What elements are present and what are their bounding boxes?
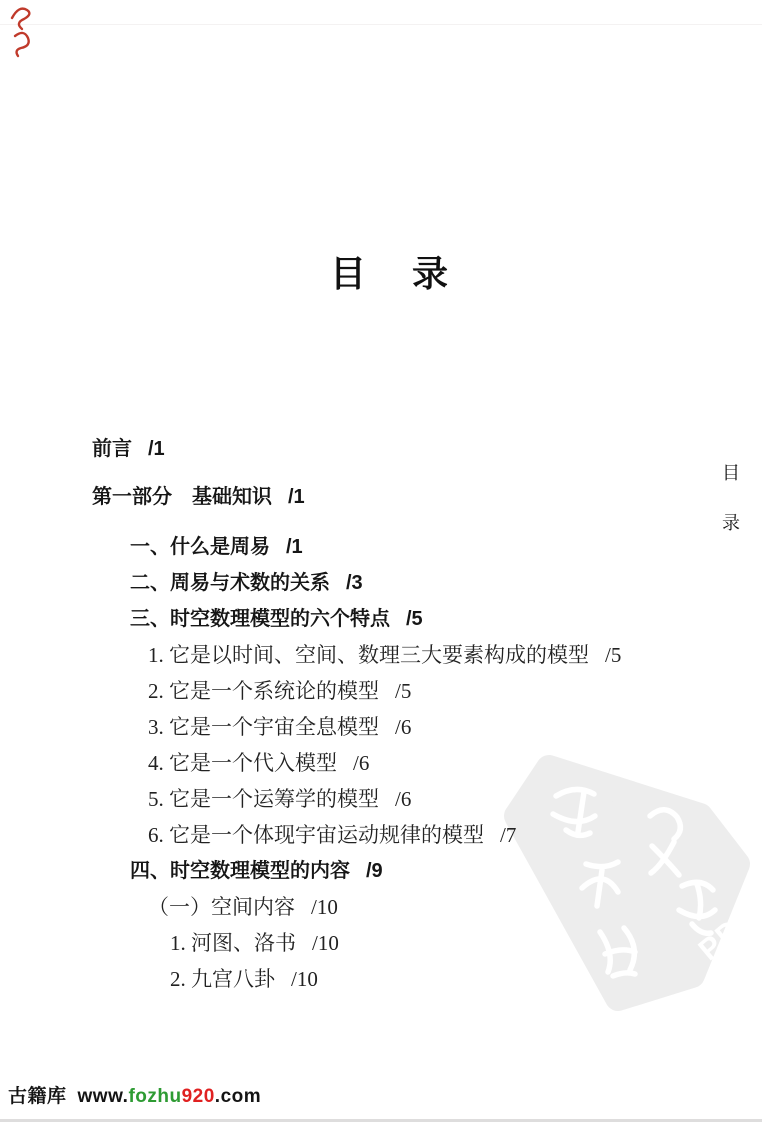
toc-entry: 1. 河图、洛书/10 xyxy=(92,932,692,954)
toc-entry-text: 3. 它是一个宇宙全息模型 xyxy=(148,716,379,738)
toc-entry: 四、时空数理模型的内容/9 xyxy=(92,860,692,882)
toc-entry-text: 2. 它是一个系统论的模型 xyxy=(148,680,379,702)
footer-watermark: 古籍库 www. fozhu 920 .com xyxy=(8,1086,261,1108)
toc-entry-page: /10 xyxy=(311,896,338,918)
toc-entry: 一、什么是周易/1 xyxy=(92,536,692,558)
toc-entry-page: /5 xyxy=(406,608,423,630)
toc-entry-text: 一、什么是周易 xyxy=(130,536,270,558)
toc-entry: 二、周易与术数的关系/3 xyxy=(92,572,692,594)
red-pen-marks-icon xyxy=(4,2,44,58)
toc-entry: 4. 它是一个代入模型/6 xyxy=(92,752,692,774)
toc-entry: 前言/1 xyxy=(92,438,692,460)
footer-url-domain: fozhu xyxy=(128,1086,181,1108)
footer-url-tld: .com xyxy=(215,1086,261,1108)
toc-entry: 1. 它是以时间、空间、数理三大要素构成的模型/5 xyxy=(92,644,692,666)
toc-entry-page: /1 xyxy=(286,536,303,558)
toc-entry-page: /6 xyxy=(353,752,369,774)
toc-entry: 2. 它是一个系统论的模型/5 xyxy=(92,680,692,702)
footer-site-name: 古籍库 xyxy=(8,1086,67,1108)
toc-entry-text: 二、周易与术数的关系 xyxy=(130,572,330,594)
toc-entry-page: /6 xyxy=(395,716,411,738)
footer-url-www: www. xyxy=(78,1086,129,1108)
toc-entry-text: 5. 它是一个运筹学的模型 xyxy=(148,788,379,810)
toc-entry: 6. 它是一个体现宇宙运动规律的模型/7 xyxy=(92,824,692,846)
toc-entry-text: 1. 它是以时间、空间、数理三大要素构成的模型 xyxy=(148,644,589,666)
page-title: 目 录 xyxy=(8,256,762,292)
pen-mark-stroke xyxy=(15,33,29,56)
scan-artifact-top-line xyxy=(0,24,762,25)
toc-entry: 5. 它是一个运筹学的模型/6 xyxy=(92,788,692,810)
toc-entry: 3. 它是一个宇宙全息模型/6 xyxy=(92,716,692,738)
pen-mark-stroke xyxy=(12,9,29,29)
toc-entry-text: 2. 九宫八卦 xyxy=(170,968,275,990)
toc-entry-page: /9 xyxy=(366,860,383,882)
watermark-pdg-label: PDG xyxy=(692,896,762,967)
toc-entry-text: 4. 它是一个代入模型 xyxy=(148,752,337,774)
toc-entry-text: （一）空间内容 xyxy=(148,896,295,918)
toc-entry: 三、时空数理模型的六个特点/5 xyxy=(92,608,692,630)
toc-entry-page: /3 xyxy=(346,572,363,594)
toc-entry-page: /5 xyxy=(395,680,411,702)
toc-entry-text: 6. 它是一个体现宇宙运动规律的模型 xyxy=(148,824,484,846)
toc-entry-page: /6 xyxy=(395,788,411,810)
toc-entry-text: 第一部分 基础知识 xyxy=(92,486,272,508)
toc-entry: （一）空间内容/10 xyxy=(92,896,692,918)
toc-entry-page: /10 xyxy=(291,968,318,990)
toc-entry-text: 前言 xyxy=(92,438,132,460)
page-title-char: 录 xyxy=(412,256,448,292)
toc-entry: 第一部分 基础知识/1 xyxy=(92,486,692,508)
toc-entry-text: 1. 河图、洛书 xyxy=(170,932,296,954)
toc-entry: 2. 九宫八卦/10 xyxy=(92,968,692,990)
toc-entry-text: 三、时空数理模型的六个特点 xyxy=(130,608,390,630)
toc-entry-page: /10 xyxy=(312,932,339,954)
margin-label-char: 录 xyxy=(722,514,740,532)
page-title-char: 目 xyxy=(330,256,366,292)
toc-list: 前言/1第一部分 基础知识/1一、什么是周易/1二、周易与术数的关系/3三、时空… xyxy=(92,438,692,990)
toc-entry-page: /5 xyxy=(605,644,621,666)
scanned-book-page: 目 录 PDG 前言/1第一部分 基础知识/1一、什么是周易/1二、周易与术数的… xyxy=(0,0,762,1122)
toc-entry-page: /7 xyxy=(500,824,516,846)
margin-label-char: 目 xyxy=(722,464,740,482)
margin-label-vertical: 目 录 xyxy=(719,464,743,532)
toc-entry-page: /1 xyxy=(288,486,305,508)
footer-url-number: 920 xyxy=(182,1086,215,1108)
toc-entry-page: /1 xyxy=(148,438,165,460)
toc-entry-text: 四、时空数理模型的内容 xyxy=(130,860,350,882)
